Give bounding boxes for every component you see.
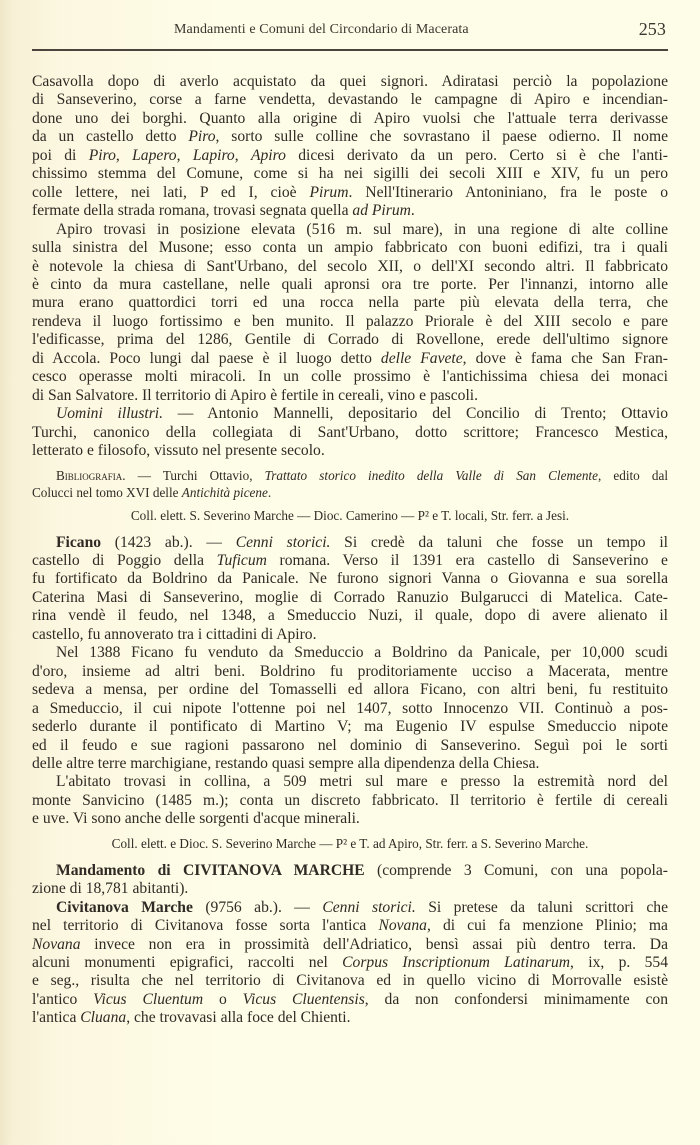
collegio-elettorale-apiro: Coll. elett. S. Severino Marche — Dioc. …	[32, 507, 668, 524]
collegio-elettorale-ficano: Coll. elett. e Dioc. S. Severino Marche …	[32, 835, 668, 852]
text-line: sedeva a mensa, per ordine del Tomassell…	[32, 681, 668, 699]
text-run: , dove è fama che San Fran-	[463, 350, 668, 367]
text-run: dicesi derivato da un pero. Certo si è c…	[286, 147, 668, 164]
mandamento-title: Mandamento di CIVITANOVA MARCHE	[56, 862, 365, 879]
text-run: castello di Poggio della	[32, 552, 217, 569]
mandamento-civitanova-heading: Mandamento di CIVITANOVA MARCHE (compren…	[32, 862, 668, 899]
text-line: Colucci nel tomo XVI delle Antichità pic…	[32, 484, 668, 501]
italic-term: Piro	[89, 147, 116, 164]
text-line: Uomini illustri. — Antonio Mannelli, dep…	[32, 405, 668, 423]
text-run: , sorto sulle colline che sovrastano il …	[216, 128, 668, 145]
paragraph-ficano-history: Ficano (1423 ab.). — Cenni storici. Si c…	[32, 534, 668, 645]
spacer	[32, 524, 668, 534]
text-run: da un castello detto	[32, 128, 188, 145]
text-run: , da non confondersi minimamente con	[365, 991, 668, 1008]
text-run: Si pretese da taluni scrittori che	[416, 899, 668, 916]
text-run: (9756 ab.). —	[193, 899, 322, 916]
section-label: Cenni storici.	[236, 534, 331, 551]
text-run: — Turchi Ottavio,	[126, 468, 265, 483]
text-line: rendeva il luogo fortissimo e ben munito…	[32, 313, 668, 331]
text-line: zione di 18,781 abitanti).	[32, 880, 668, 898]
italic-term: ad Pirum	[352, 202, 410, 219]
text-line: castello di Poggio della Tuficum romana.…	[32, 552, 668, 570]
text-run: di Accola. Poco lungi dal paese è il luo…	[32, 350, 381, 367]
text-line: è cinto da mura castellane, nelle quali …	[32, 276, 668, 294]
text-run: ,	[116, 147, 132, 164]
text-run: invece non era in prossimità dell'Adriat…	[81, 936, 668, 953]
text-run: .	[411, 202, 415, 219]
text-line: chissimo stemma del Comune, come si ha n…	[32, 165, 668, 183]
text-line: ed il feudo e sue ragioni passarono nel …	[32, 737, 668, 755]
text-line: fermate della strada romana, trovasi seg…	[32, 202, 668, 220]
book-title: Corpus Inscriptionum Latinarum	[342, 954, 570, 971]
text-run: (comprende 3 Comuni, con una popola-	[365, 862, 668, 879]
text-run: o	[203, 991, 243, 1008]
italic-term: Novana	[32, 936, 81, 953]
entry-heading: Ficano	[56, 534, 101, 551]
text-line: di Sanseverino, corse a farne vendetta, …	[32, 91, 668, 109]
text-run: Colucci nel tomo XVI delle	[32, 485, 182, 500]
text-line: Novana invece non era in prossimità dell…	[32, 936, 668, 954]
section-label: Uomini illustri.	[56, 405, 163, 422]
text-line: cesco operasse molti miracoli. In un col…	[32, 368, 668, 386]
text-line: castello, fu annoverato tra i cittadini …	[32, 626, 668, 644]
entry-heading: Civitanova Marche	[56, 899, 193, 916]
text-run: .	[268, 485, 271, 500]
italic-term: delle Favete	[381, 350, 463, 367]
text-run: nel territorio di Civitanova fosse sorta…	[32, 917, 378, 934]
text-line: sulla sinistra del Musone; esso conta un…	[32, 239, 668, 257]
text-line: l'antica Cluana, che trovavasi alla foce…	[32, 1009, 668, 1027]
text-run: ,	[177, 147, 193, 164]
italic-term: Novana	[378, 917, 427, 934]
text-line: e seg., risulta che nel territorio di Ci…	[32, 972, 668, 990]
text-run: (1423 ab.). —	[101, 534, 236, 551]
paragraph-bibliografia: Bibliografia. — Turchi Ottavio, Trattato…	[32, 467, 668, 501]
spacer	[32, 852, 668, 862]
text-line: sederlo durante il pontificato di Martin…	[32, 718, 668, 736]
text-run: , edito dal	[598, 468, 668, 483]
text-line: mura erano quattordici torri ed una rocc…	[32, 294, 668, 312]
text-line: è notevole la chiesa di Sant'Urbano, del…	[32, 258, 668, 276]
text-line: done uno dei borghi. Quanto alla origine…	[32, 110, 668, 128]
italic-term: Piro	[188, 128, 215, 145]
italic-term: Pirum	[309, 184, 348, 201]
italic-term: Lapiro	[193, 147, 235, 164]
book-title: Antichità picene	[182, 485, 268, 500]
text-line: a Smeduccio, il cui nipote l'ottenne poi…	[32, 700, 668, 718]
text-line: d'oro, insieme ad altri beni. Boldrino f…	[32, 663, 668, 681]
text-line: di Accola. Poco lungi dal paese è il luo…	[32, 350, 668, 368]
text-line: monte Sanvicino (1485 m.); conta un disc…	[32, 792, 668, 810]
text-line: da un castello detto Piro, sorto sulle c…	[32, 128, 668, 146]
text-run: alcuni monumenti epigrafici, raccolti ne…	[32, 954, 342, 971]
section-label: Cenni storici.	[322, 899, 415, 916]
text-line: rina vendè il feudo, nel 1348, a Smeducc…	[32, 607, 668, 625]
text-line: delle altre terre marchigiane, restando …	[32, 755, 668, 773]
paragraph-ficano-abitato: L'abitato trovasi in collina, a 509 metr…	[32, 773, 668, 828]
text-run: poi di	[32, 147, 89, 164]
header-rule	[32, 49, 668, 51]
text-run: fermate della strada romana, trovasi seg…	[32, 202, 352, 219]
italic-term: Cluana	[80, 1009, 126, 1026]
text-run: , che trovavasi alla foce del Chienti.	[126, 1009, 350, 1026]
italic-term: Apiro	[251, 147, 286, 164]
text-line: letterato e filosofo, vissuto nel presen…	[32, 442, 668, 460]
text-line: fu fortificato da Boldrino da Panicale. …	[32, 570, 668, 588]
italic-term: Tuficum	[217, 552, 267, 569]
text-run: colle lettere, nei lati, P ed I, cioè	[32, 184, 309, 201]
running-title: Mandamenti e Comuni del Circondario di M…	[174, 22, 469, 38]
text-line: Bibliografia. — Turchi Ottavio, Trattato…	[32, 467, 668, 484]
page-body: Casavolla dopo di averlo acquistato da q…	[32, 73, 668, 1028]
text-run: , ix, p. 554	[570, 954, 668, 971]
text-line: Apiro trovasi in posizione elevata (516 …	[32, 221, 668, 239]
text-line: Turchi, canonico della collegiata di San…	[32, 424, 668, 442]
book-title: Trattato storico inedito della Valle di …	[265, 468, 598, 483]
text-line: colle lettere, nei lati, P ed I, cioè Pi…	[32, 184, 668, 202]
text-run: romana. Verso il 1391 era castello di Sa…	[267, 552, 668, 569]
page-number: 253	[639, 19, 666, 40]
italic-term: Vicus Cluentensis	[243, 991, 365, 1008]
italic-term: Lapero	[132, 147, 176, 164]
paragraph-ficano-sale: Nel 1388 Ficano fu venduto da Smeduccio …	[32, 644, 668, 773]
text-line: Casavolla dopo di averlo acquistato da q…	[32, 73, 668, 91]
text-line: l'antico Vicus Cluentum o Vicus Cluenten…	[32, 991, 668, 1009]
text-line: Civitanova Marche (9756 ab.). — Cenni st…	[32, 899, 668, 917]
text-run: ,	[235, 147, 251, 164]
text-line: l'edificasse, prima del 1286, Gentile di…	[32, 331, 668, 349]
text-run: . Nell'Itinerario Antoniniano, fra le po…	[348, 184, 668, 201]
text-run: l'antico	[32, 991, 93, 1008]
text-line: poi di Piro, Lapero, Lapiro, Apiro dices…	[32, 147, 668, 165]
text-run: — Antonio Mannelli, depositario del Conc…	[163, 405, 668, 422]
text-line: alcuni monumenti epigrafici, raccolti ne…	[32, 954, 668, 972]
running-head: Mandamenti e Comuni del Circondario di M…	[32, 18, 668, 40]
paragraph-civitanova-history: Civitanova Marche (9756 ab.). — Cenni st…	[32, 899, 668, 1028]
text-line: Mandamento di CIVITANOVA MARCHE (compren…	[32, 862, 668, 880]
text-run: Si credè da taluni che fosse un tempo il	[330, 534, 668, 551]
text-run: , di cui fa menzione Plinio; ma	[427, 917, 668, 934]
paragraph-apiro-position: Apiro trovasi in posizione elevata (516 …	[32, 221, 668, 406]
italic-term: Vicus Cluentum	[93, 991, 203, 1008]
text-line: di San Salvatore. Il territorio di Apiro…	[32, 387, 668, 405]
section-label: Bibliografia.	[56, 468, 126, 483]
text-line: Nel 1388 Ficano fu venduto da Smeduccio …	[32, 644, 668, 662]
paragraph-apiro-origin: Casavolla dopo di averlo acquistato da q…	[32, 73, 668, 221]
text-line: Caterina Masi di Sanseverino, moglie di …	[32, 589, 668, 607]
paragraph-uomini-illustri: Uomini illustri. — Antonio Mannelli, dep…	[32, 405, 668, 460]
text-line: L'abitato trovasi in collina, a 509 metr…	[32, 773, 668, 791]
text-line: Ficano (1423 ab.). — Cenni storici. Si c…	[32, 534, 668, 552]
text-line: e uve. Vi sono anche delle sorgenti d'ac…	[32, 810, 668, 828]
text-line: nel territorio di Civitanova fosse sorta…	[32, 917, 668, 935]
text-run: l'antica	[32, 1009, 80, 1026]
